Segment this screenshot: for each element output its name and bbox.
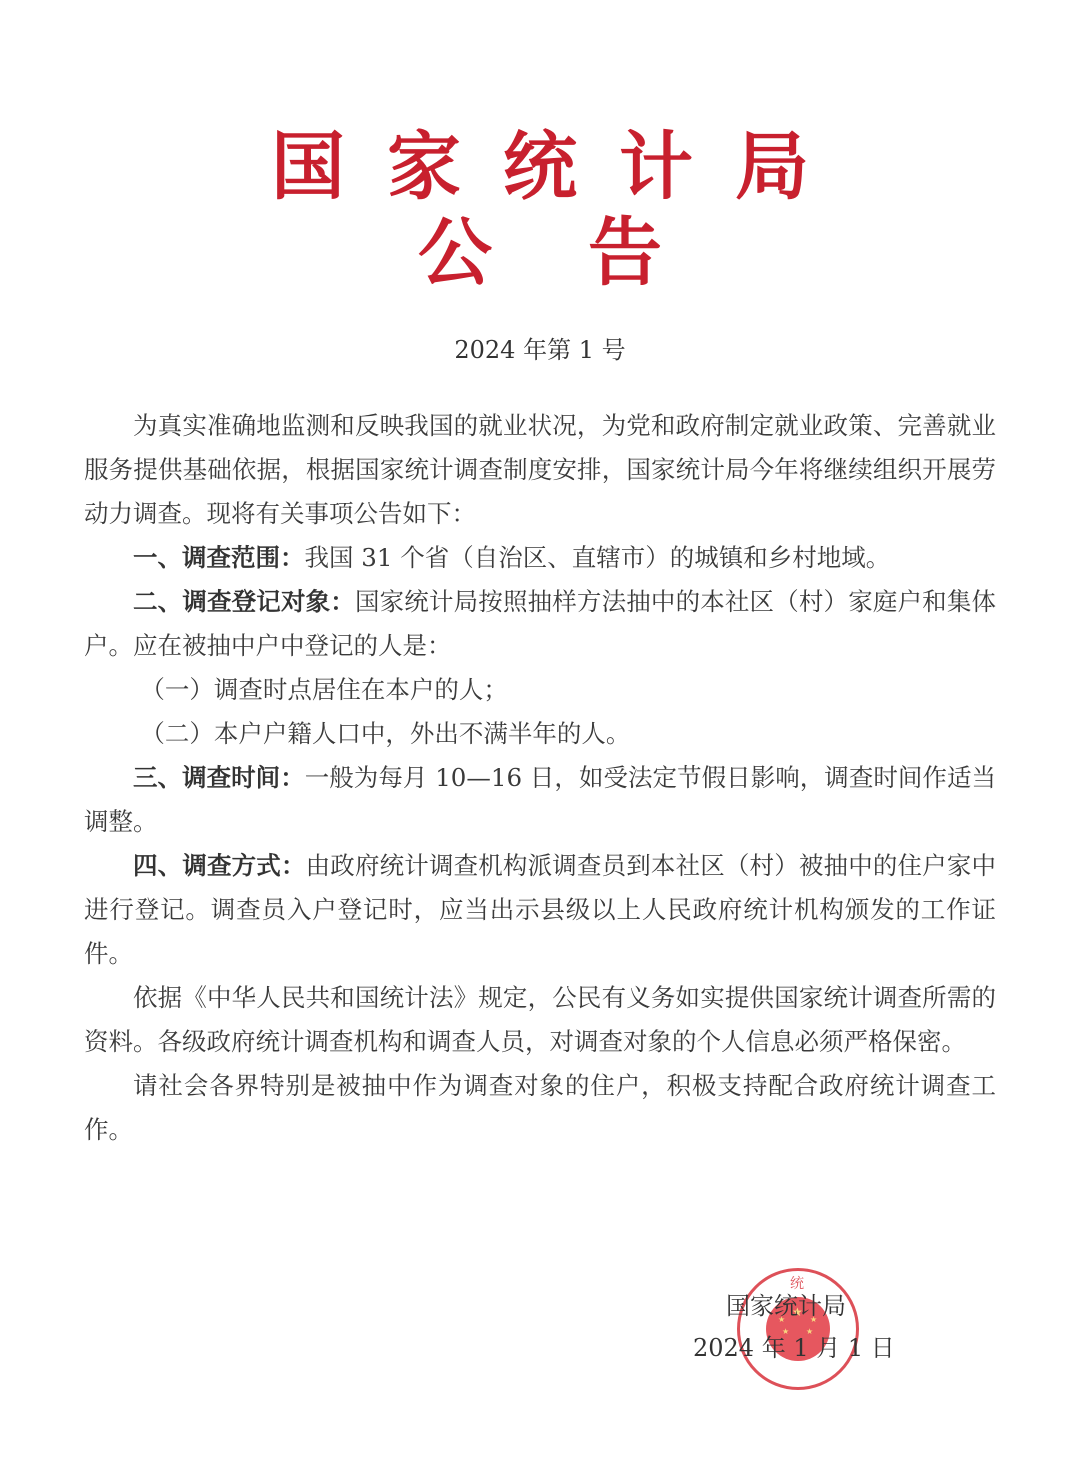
subject-item-2: （二）本户户籍人口中，外出不满半年的人。	[84, 712, 996, 756]
section-heading: 二、调查登记对象：	[133, 587, 355, 616]
section-subjects: 二、调查登记对象：国家统计局按照抽样方法抽中的本社区（村）家庭户和集体户。应在被…	[84, 580, 996, 668]
section-heading: 三、调查时间：	[133, 763, 305, 792]
legal-paragraph: 依据《中华人民共和国统计法》规定，公民有义务如实提供国家统计调查所需的资料。各级…	[84, 976, 996, 1064]
section-heading: 四、调查方式：	[133, 851, 306, 880]
section-method: 四、调查方式：由政府统计调查机构派调查员到本社区（村）被抽中的住户家中进行登记。…	[84, 844, 996, 976]
section-heading: 一、调查范围：	[133, 543, 305, 572]
announcement-body: 为真实准确地监测和反映我国的就业状况，为党和政府制定就业政策、完善就业服务提供基…	[84, 404, 996, 1152]
signature-org: 国家统计局	[726, 1286, 846, 1321]
section-scope: 一、调查范围：我国 31 个省（自治区、直辖市）的城镇和乡村地域。	[84, 536, 996, 580]
signature-date: 2024 年 1 月 1 日	[693, 1328, 895, 1363]
doc-number: 2024 年第 1 号	[0, 330, 1080, 365]
intro-paragraph: 为真实准确地监测和反映我国的就业状况，为党和政府制定就业政策、完善就业服务提供基…	[84, 404, 996, 536]
section-time: 三、调查时间：一般为每月 10—16 日，如受法定节假日影响，调查时间作适当调整…	[84, 756, 996, 844]
announcement-page: 国家统计局 公告 2024 年第 1 号 为真实准确地监测和反映我国的就业状况，…	[0, 0, 1080, 1466]
subject-item-1: （一）调查时点居住在本户的人；	[84, 668, 996, 712]
doc-type-title: 公告	[0, 208, 1080, 298]
org-title: 国家统计局	[0, 122, 1080, 212]
closing-paragraph: 请社会各界特别是被抽中作为调查对象的住户，积极支持配合政府统计调查工作。	[84, 1064, 996, 1152]
